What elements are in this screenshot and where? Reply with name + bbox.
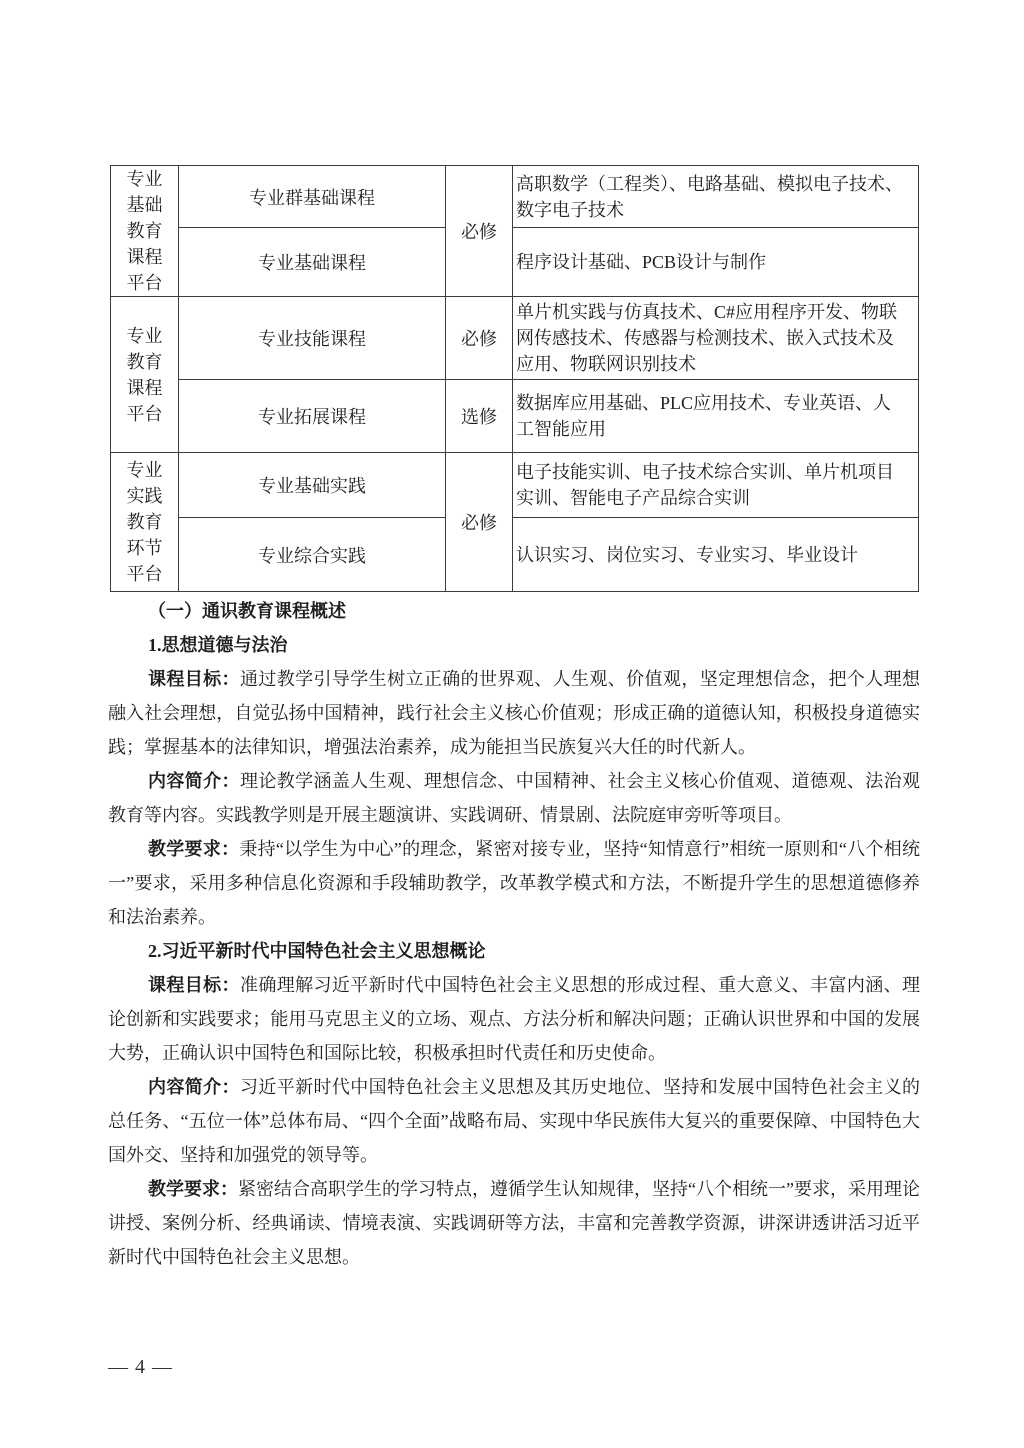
courses-cell: 认识实习、岗位实习、专业实习、毕业设计 <box>513 518 919 592</box>
paragraph-label: 教学要求： <box>148 1179 238 1199</box>
courses-cell: 电子技能实训、电子技术综合实训、单片机项目实训、智能电子产品综合实训 <box>513 453 919 518</box>
course2-intro-paragraph: 内容简介：习近平新时代中国特色社会主义思想及其历史地位、坚持和发展中国特色社会主… <box>108 1070 920 1172</box>
table-row: 专业基础课程 程序设计基础、PCB设计与制作 <box>111 228 919 297</box>
courses-cell: 单片机实践与仿真技术、C#应用程序开发、物联网传感技术、传感器与检测技术、嵌入式… <box>513 297 919 380</box>
platform-label: 专业教育课程平台 <box>125 323 165 427</box>
paragraph-label: 教学要求： <box>148 839 239 859</box>
platform-cell: 专业实践教育环节平台 <box>111 453 179 592</box>
page-number: — 4 — <box>108 1356 173 1379</box>
course1-requirements-paragraph: 教学要求：秉持“以学生为中心”的理念，紧密对接专业，坚持“知情意行”相统一原则和… <box>108 832 920 934</box>
paragraph-label: 内容简介： <box>148 1077 240 1097</box>
table-row: 专业教育课程平台 专业技能课程 必修 单片机实践与仿真技术、C#应用程序开发、物… <box>111 297 919 380</box>
category-cell: 专业拓展课程 <box>179 380 446 453</box>
course-type-cell: 选修 <box>446 380 513 453</box>
section-heading: （一）通识教育课程概述 <box>108 594 920 628</box>
table-row: 专业拓展课程 选修 数据库应用基础、PLC应用技术、专业英语、人工智能应用 <box>111 380 919 453</box>
table-row: 专业实践教育环节平台 专业基础实践 必修 电子技能实训、电子技术综合实训、单片机… <box>111 453 919 518</box>
courses-cell: 高职数学（工程类）、电路基础、模拟电子技术、数字电子技术 <box>513 166 919 228</box>
document-body: （一）通识教育课程概述 1.思想道德与法治 课程目标：通过教学引导学生树立正确的… <box>108 594 920 1274</box>
platform-cell: 专业基础教育课程平台 <box>111 166 179 297</box>
category-cell: 专业技能课程 <box>179 297 446 380</box>
course2-objectives-paragraph: 课程目标：准确理解习近平新时代中国特色社会主义思想的形成过程、重大意义、丰富内涵… <box>108 968 920 1070</box>
course2-title: 2.习近平新时代中国特色社会主义思想概论 <box>108 934 920 968</box>
document-page: 专业基础教育课程平台 专业群基础课程 必修 高职数学（工程类）、电路基础、模拟电… <box>0 0 1024 1448</box>
paragraph-label: 内容简介： <box>148 771 240 791</box>
course-type-cell: 必修 <box>446 297 513 380</box>
course1-objectives-paragraph: 课程目标：通过教学引导学生树立正确的世界观、人生观、价值观，坚定理想信念，把个人… <box>108 662 920 764</box>
platform-label: 专业实践教育环节平台 <box>125 457 165 587</box>
courses-cell: 程序设计基础、PCB设计与制作 <box>513 228 919 297</box>
course1-intro-paragraph: 内容简介：理论教学涵盖人生观、理想信念、中国精神、社会主义核心价值观、道德观、法… <box>108 764 920 832</box>
course-type-cell: 必修 <box>446 453 513 592</box>
course-type-cell: 必修 <box>446 166 513 297</box>
course1-title: 1.思想道德与法治 <box>108 628 920 662</box>
course2-requirements-paragraph: 教学要求：紧密结合高职学生的学习特点，遵循学生认知规律，坚持“八个相统一”要求，… <box>108 1172 920 1274</box>
table-row: 专业综合实践 认识实习、岗位实习、专业实习、毕业设计 <box>111 518 919 592</box>
category-cell: 专业综合实践 <box>179 518 446 592</box>
category-cell: 专业基础课程 <box>179 228 446 297</box>
category-cell: 专业群基础课程 <box>179 166 446 228</box>
platform-label: 专业基础教育课程平台 <box>125 166 165 296</box>
table-row: 专业基础教育课程平台 专业群基础课程 必修 高职数学（工程类）、电路基础、模拟电… <box>111 166 919 228</box>
curriculum-table: 专业基础教育课程平台 专业群基础课程 必修 高职数学（工程类）、电路基础、模拟电… <box>110 165 919 592</box>
paragraph-label: 课程目标： <box>148 975 240 995</box>
courses-cell: 数据库应用基础、PLC应用技术、专业英语、人工智能应用 <box>513 380 919 453</box>
paragraph-label: 课程目标： <box>148 669 240 689</box>
platform-cell: 专业教育课程平台 <box>111 297 179 453</box>
category-cell: 专业基础实践 <box>179 453 446 518</box>
